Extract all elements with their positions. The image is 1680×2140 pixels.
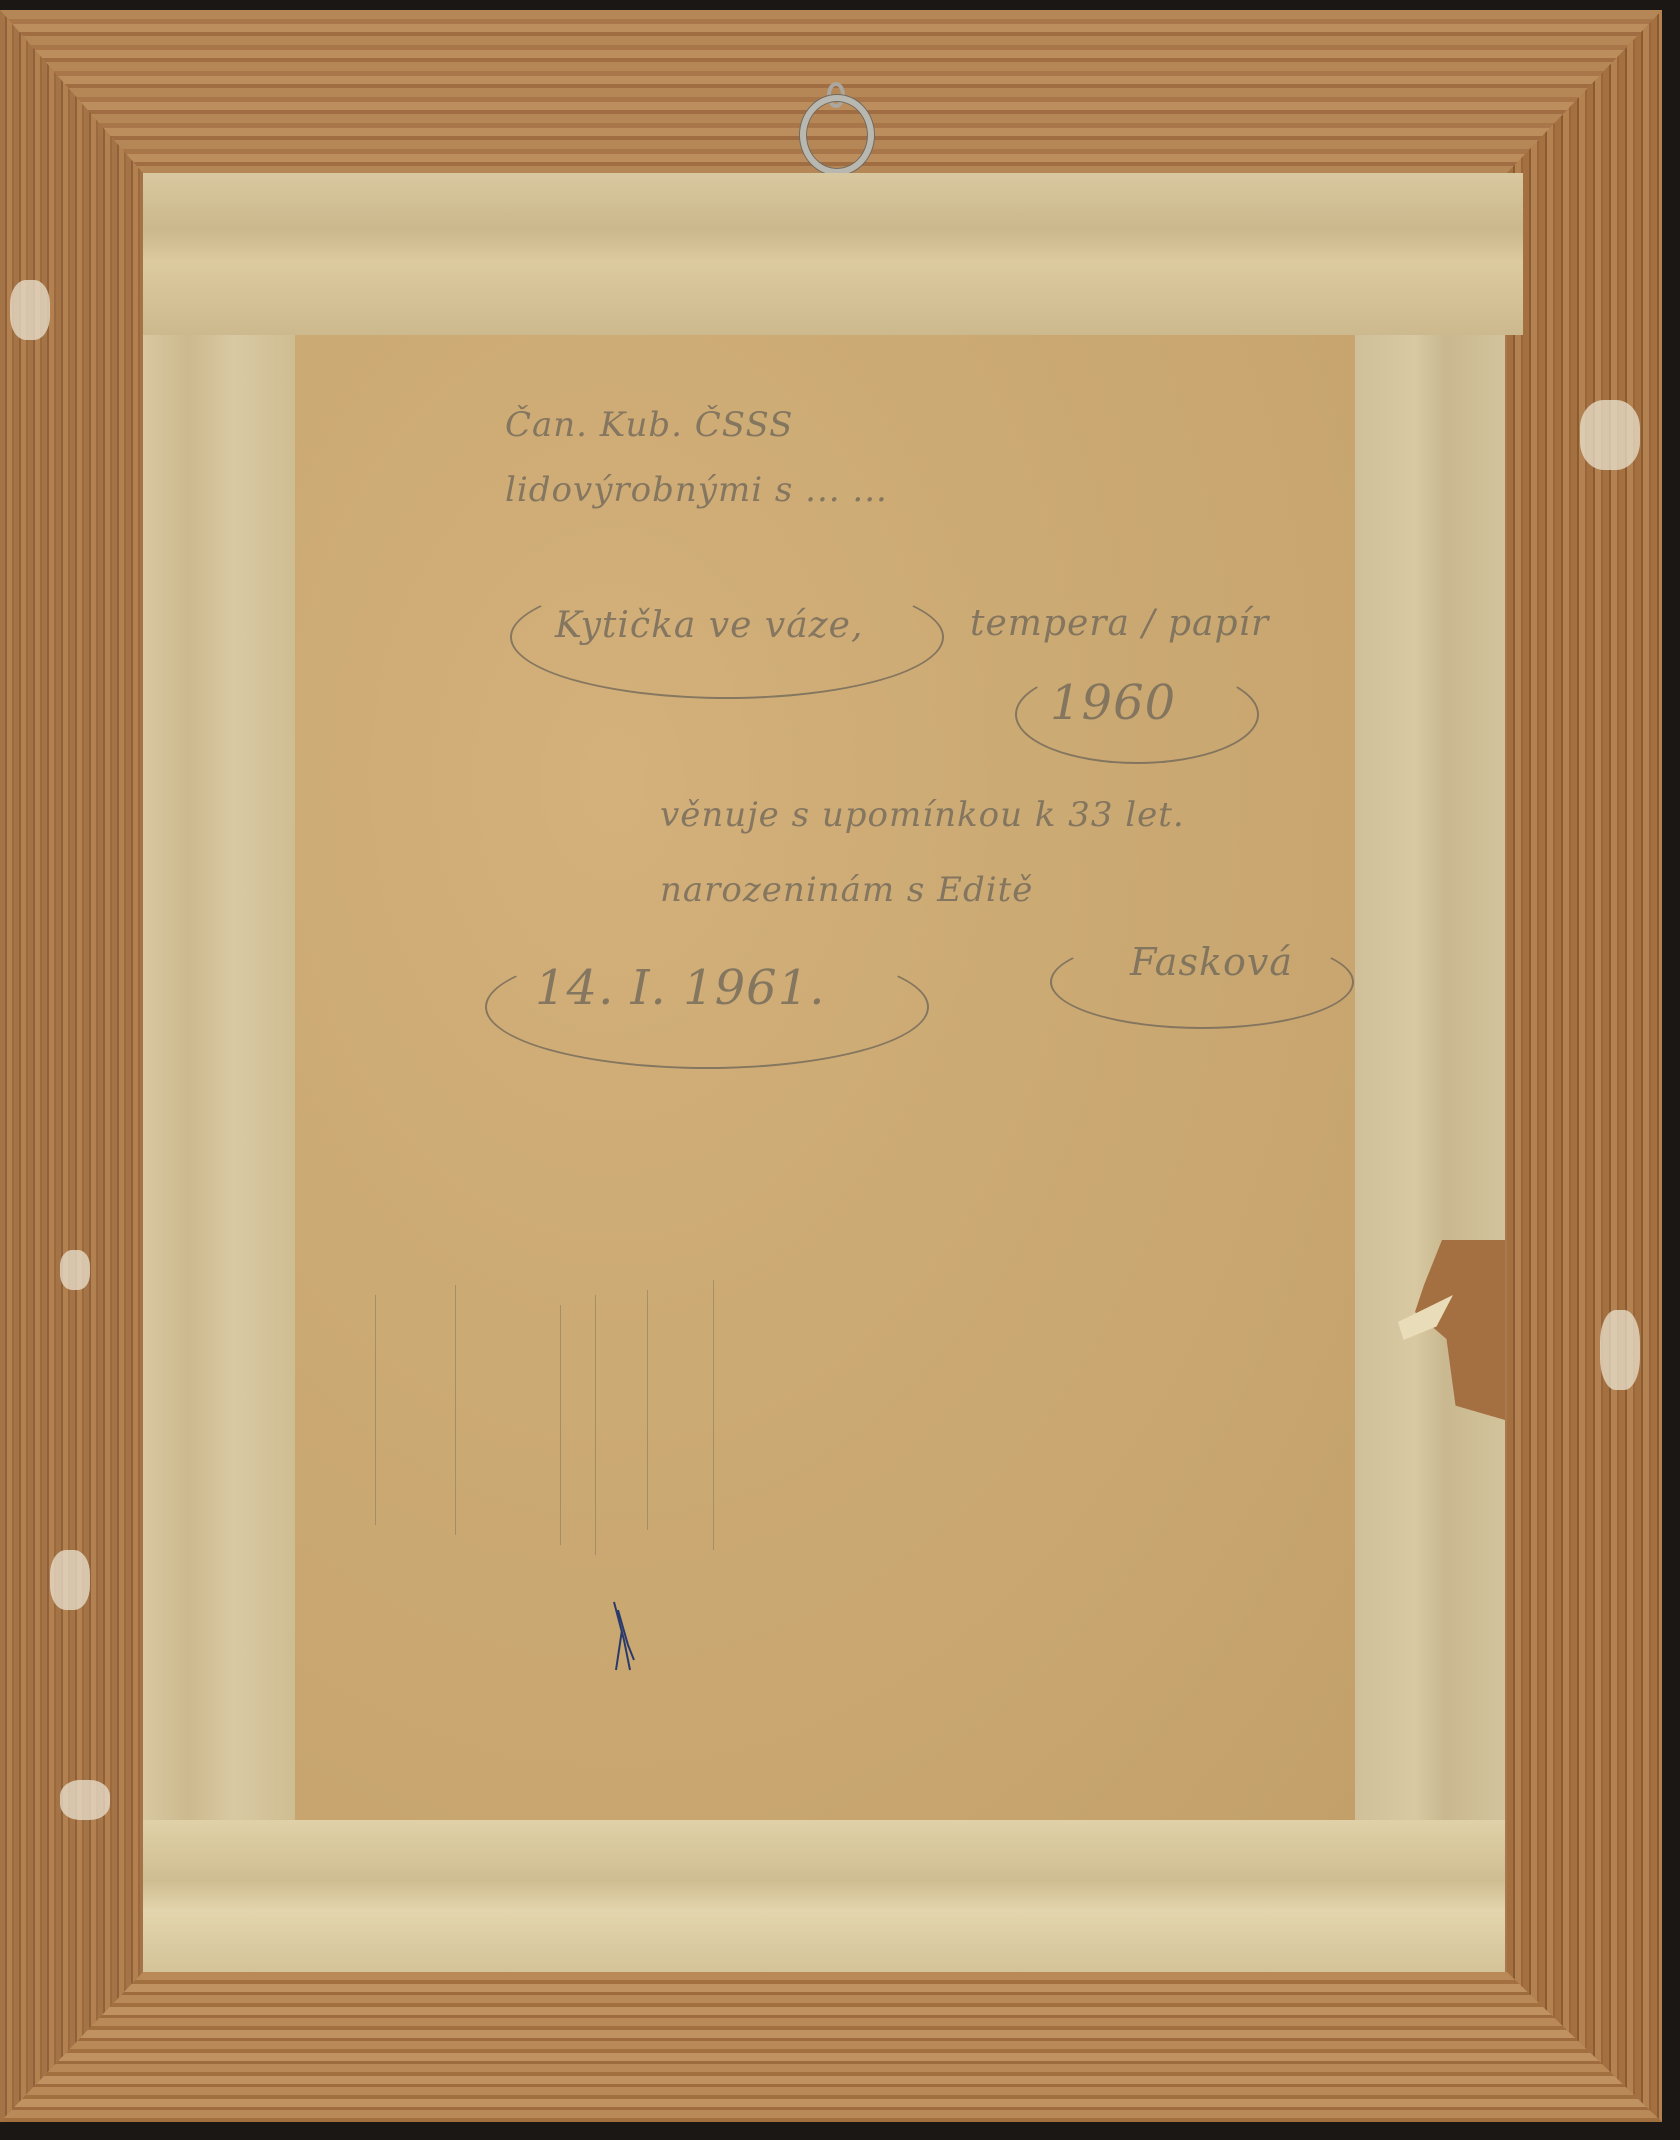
underline-oval [1050, 935, 1354, 1029]
frame-rail-right [1507, 10, 1662, 2122]
paper-tape-right [1355, 335, 1505, 1820]
metal-ring-icon[interactable] [800, 95, 874, 175]
paint-chip [1580, 400, 1640, 470]
paper-tape-left [143, 335, 295, 1820]
pencil-sketch-line [647, 1290, 648, 1530]
pencil-sketch-line [455, 1285, 456, 1535]
paper-tape-bottom [143, 1820, 1505, 1972]
inscription-line1: Čan. Kub. ČSSS [505, 405, 793, 445]
underline-oval [510, 575, 944, 699]
frame-rail-bottom [0, 1972, 1662, 2122]
underline-oval [485, 945, 929, 1069]
inscription-dedication2: narozeninám s Editě [660, 870, 1033, 910]
paint-chip [60, 1250, 90, 1290]
pencil-sketch-line [375, 1295, 376, 1525]
underline-oval [1015, 665, 1259, 764]
hardboard-backing: Čan. Kub. ČSSS lidovýrobnými s ... ... K… [295, 335, 1355, 1820]
paint-chip [50, 1550, 90, 1610]
paint-chip [1600, 1310, 1640, 1390]
pencil-sketch-line [713, 1280, 714, 1550]
paper-tape-top [143, 173, 1523, 335]
pencil-sketch-line [560, 1305, 561, 1545]
inscription-line2: lidovýrobnými s ... ... [505, 470, 888, 510]
inscription-medium: tempera / papír [970, 603, 1269, 644]
inscription-dedication1: věnuje s upomínkou k 33 let. [660, 795, 1185, 835]
paint-chip [60, 1780, 110, 1820]
pencil-sketch-line [595, 1295, 596, 1555]
paint-chip [10, 280, 50, 340]
blue-ink-mark-icon [610, 1600, 638, 1680]
